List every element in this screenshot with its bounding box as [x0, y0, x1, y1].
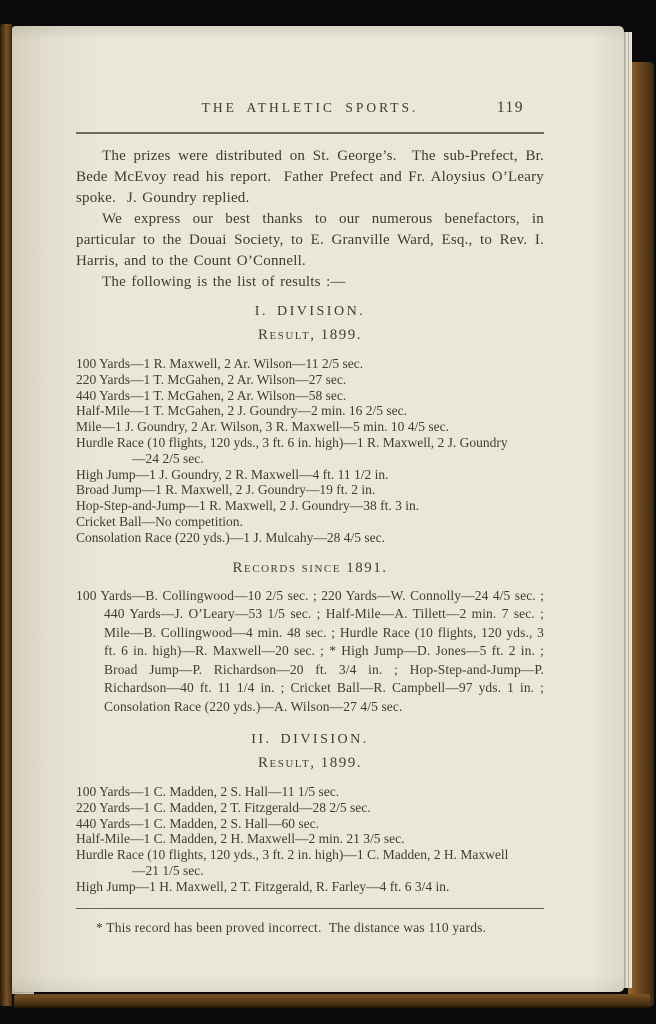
result-row: 220 Yards—1 C. Madden, 2 T. Fitzgerald—2… — [76, 800, 544, 816]
result-row: Hurdle Race (10 flights, 120 yds., 3 ft.… — [76, 847, 544, 879]
book-spine — [0, 24, 12, 1006]
result-text: High Jump—1 J. Goundry, 2 R. Maxwell—4 f… — [76, 467, 389, 482]
result-text: 220 Yards—1 C. Madden, 2 T. Fitzgerald—2… — [76, 800, 371, 815]
intro-paragraph-1: The prizes were distributed on St. Georg… — [76, 146, 544, 209]
records-paragraph: 100 Yards—B. Collingwood—10 2/5 sec. ; 2… — [76, 587, 544, 717]
result-row: Cricket Ball—No competition. — [76, 514, 544, 530]
result-text-continuation: —21 1/5 sec. — [132, 863, 544, 879]
result-row: 100 Yards—1 C. Madden, 2 S. Hall—11 1/5 … — [76, 784, 544, 800]
division-2-results-list: 100 Yards—1 C. Madden, 2 S. Hall—11 1/5 … — [76, 784, 544, 895]
intro-paragraph-3: The following is the list of results :— — [76, 272, 544, 293]
result-text: Half-Mile—1 C. Madden, 2 H. Maxwell—2 mi… — [76, 831, 404, 846]
intro-paragraph-2: We express our best thanks to our numero… — [76, 209, 544, 272]
result-text: Cricket Ball—No competition. — [76, 514, 243, 529]
result-row: 440 Yards—1 T. McGahen, 2 Ar. Wilson—58 … — [76, 388, 544, 404]
result-text-continuation: —24 2/5 sec. — [132, 451, 544, 467]
result-row: High Jump—1 J. Goundry, 2 R. Maxwell—4 f… — [76, 467, 544, 483]
footnote-text: * This record has been proved incorrect.… — [76, 919, 544, 937]
result-text: Mile—1 J. Goundry, 2 Ar. Wilson, 3 R. Ma… — [76, 419, 449, 434]
result-row: 220 Yards—1 T. McGahen, 2 Ar. Wilson—27 … — [76, 372, 544, 388]
result-text: 440 Yards—1 T. McGahen, 2 Ar. Wilson—58 … — [76, 388, 346, 403]
division-1-results-list: 100 Yards—1 R. Maxwell, 2 Ar. Wilson—11 … — [76, 356, 544, 546]
result-text: Hurdle Race (10 flights, 120 yds., 3 ft.… — [76, 435, 508, 450]
result-row: Consolation Race (220 yds.)—1 J. Mulcahy… — [76, 530, 544, 546]
division-2-subtitle: Result, 1899. — [76, 755, 544, 772]
result-text: Hurdle Race (10 flights, 120 yds., 3 ft.… — [76, 847, 508, 862]
result-row: High Jump—1 H. Maxwell, 2 T. Fitzgerald,… — [76, 879, 544, 895]
result-text: Consolation Race (220 yds.)—1 J. Mulcahy… — [76, 530, 385, 545]
result-row: Half-Mile—1 C. Madden, 2 H. Maxwell—2 mi… — [76, 831, 544, 847]
result-row: Mile—1 J. Goundry, 2 Ar. Wilson, 3 R. Ma… — [76, 419, 544, 435]
page-title: THE ATHLETIC SPORTS. — [76, 100, 544, 116]
result-row: 100 Yards—1 R. Maxwell, 2 Ar. Wilson—11 … — [76, 356, 544, 372]
header-rule — [76, 132, 544, 134]
result-row: Hurdle Race (10 flights, 120 yds., 3 ft.… — [76, 435, 544, 467]
records-heading: Records since 1891. — [76, 560, 544, 577]
book-cover-edge-bottom — [14, 994, 650, 1008]
result-row: Broad Jump—1 R. Maxwell, 2 J. Goundry—19… — [76, 482, 544, 498]
division-1-title: I. DIVISION. — [76, 304, 544, 320]
result-row: 440 Yards—1 C. Madden, 2 S. Hall—60 sec. — [76, 816, 544, 832]
footnote-rule — [76, 908, 544, 909]
division-1-subtitle: Result, 1899. — [76, 327, 544, 344]
result-text: Broad Jump—1 R. Maxwell, 2 J. Goundry—19… — [76, 482, 375, 497]
page-number: 119 — [497, 99, 524, 117]
result-row: Hop-Step-and-Jump—1 R. Maxwell, 2 J. Gou… — [76, 498, 544, 514]
page-content: THE ATHLETIC SPORTS. 119 The prizes were… — [76, 26, 544, 950]
result-text: 100 Yards—1 R. Maxwell, 2 Ar. Wilson—11 … — [76, 356, 363, 371]
result-text: 220 Yards—1 T. McGahen, 2 Ar. Wilson—27 … — [76, 372, 346, 387]
running-head: THE ATHLETIC SPORTS. 119 — [76, 100, 544, 119]
result-text: 440 Yards—1 C. Madden, 2 S. Hall—60 sec. — [76, 816, 319, 831]
book-page: THE ATHLETIC SPORTS. 119 The prizes were… — [12, 26, 624, 992]
result-text: Hop-Step-and-Jump—1 R. Maxwell, 2 J. Gou… — [76, 498, 419, 513]
result-text: High Jump—1 H. Maxwell, 2 T. Fitzgerald,… — [76, 879, 449, 894]
result-text: 100 Yards—1 C. Madden, 2 S. Hall—11 1/5 … — [76, 784, 339, 799]
division-2-title: II. DIVISION. — [76, 732, 544, 748]
result-row: Half-Mile—1 T. McGahen, 2 J. Goundry—2 m… — [76, 403, 544, 419]
result-text: Half-Mile—1 T. McGahen, 2 J. Goundry—2 m… — [76, 403, 407, 418]
